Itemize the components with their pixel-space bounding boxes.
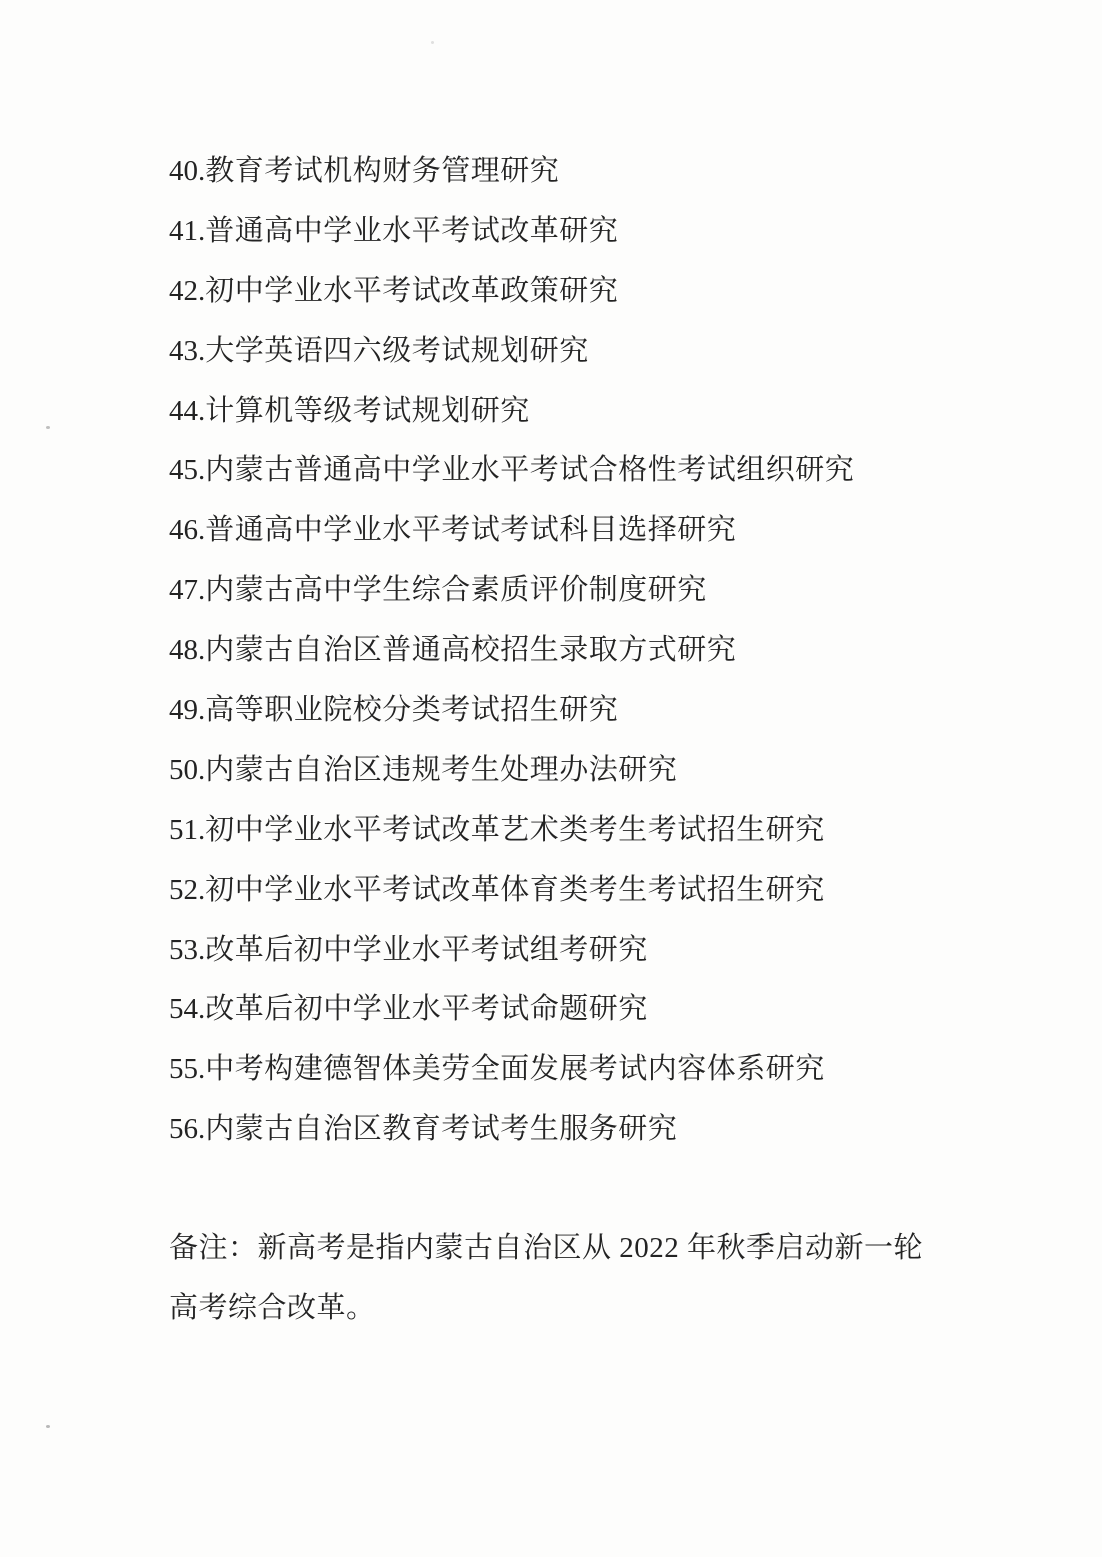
topic-number: 42. (169, 275, 205, 307)
paper-speck (46, 1425, 50, 1428)
list-item: 42.初中学业水平考试改革政策研究 (169, 262, 854, 322)
topic-number: 55. (169, 1053, 205, 1085)
topic-number: 41. (169, 215, 205, 247)
list-item: 50.内蒙古自治区违规考生处理办法研究 (169, 741, 854, 801)
topic-number: 53. (169, 934, 205, 966)
topic-title: 内蒙古自治区违规考生处理办法研究 (205, 754, 677, 786)
topic-title: 中考构建德智体美劳全面发展考试内容体系研究 (205, 1053, 825, 1085)
footnote: 备注：新高考是指内蒙古自治区从 2022 年秋季启动新一轮 高考综合改革。 (169, 1218, 923, 1338)
paper-speck (431, 41, 434, 44)
topic-title: 普通高中学业水平考试考试科目选择研究 (205, 514, 736, 546)
list-item: 44.计算机等级考试规划研究 (169, 382, 854, 442)
paper-speck (46, 426, 50, 429)
footnote-line: 备注：新高考是指内蒙古自治区从 2022 年秋季启动新一轮 (169, 1218, 923, 1278)
topic-title: 初中学业水平考试改革政策研究 (205, 275, 618, 307)
topic-number: 47. (169, 574, 205, 606)
topic-title: 大学英语四六级考试规划研究 (205, 335, 589, 367)
topic-title: 内蒙古自治区普通高校招生录取方式研究 (205, 634, 736, 666)
topic-title: 初中学业水平考试改革艺术类考生考试招生研究 (205, 814, 825, 846)
topic-number: 46. (169, 514, 205, 546)
topic-number: 54. (169, 993, 205, 1025)
topic-number: 40. (169, 155, 205, 187)
topic-title: 计算机等级考试规划研究 (205, 395, 530, 427)
list-item: 53.改革后初中学业水平考试组考研究 (169, 921, 854, 981)
topic-number: 51. (169, 814, 205, 846)
list-item: 55.中考构建德智体美劳全面发展考试内容体系研究 (169, 1040, 854, 1100)
topic-list: 40.教育考试机构财务管理研究 41.普通高中学业水平考试改革研究 42.初中学… (169, 142, 854, 1160)
footnote-line: 高考综合改革。 (169, 1278, 923, 1338)
topic-title: 初中学业水平考试改革体育类考生考试招生研究 (205, 874, 825, 906)
topic-title: 内蒙古自治区教育考试考生服务研究 (205, 1113, 677, 1145)
topic-title: 内蒙古普通高中学业水平考试合格性考试组织研究 (205, 454, 854, 486)
topic-title: 内蒙古高中学生综合素质评价制度研究 (205, 574, 707, 606)
list-item: 45.内蒙古普通高中学业水平考试合格性考试组织研究 (169, 441, 854, 501)
list-item: 43.大学英语四六级考试规划研究 (169, 322, 854, 382)
scanned-document-page: 40.教育考试机构财务管理研究 41.普通高中学业水平考试改革研究 42.初中学… (0, 0, 1102, 1557)
list-item: 49.高等职业院校分类考试招生研究 (169, 681, 854, 741)
topic-title: 高等职业院校分类考试招生研究 (205, 694, 618, 726)
topic-title: 改革后初中学业水平考试命题研究 (205, 993, 648, 1025)
topic-title: 普通高中学业水平考试改革研究 (205, 215, 618, 247)
list-item: 54.改革后初中学业水平考试命题研究 (169, 980, 854, 1040)
topic-number: 45. (169, 454, 205, 486)
list-item: 56.内蒙古自治区教育考试考生服务研究 (169, 1100, 854, 1160)
list-item: 40.教育考试机构财务管理研究 (169, 142, 854, 202)
topic-number: 50. (169, 754, 205, 786)
list-item: 52.初中学业水平考试改革体育类考生考试招生研究 (169, 861, 854, 921)
topic-number: 43. (169, 335, 205, 367)
topic-title: 改革后初中学业水平考试组考研究 (205, 934, 648, 966)
topic-number: 49. (169, 694, 205, 726)
list-item: 46.普通高中学业水平考试考试科目选择研究 (169, 501, 854, 561)
topic-number: 48. (169, 634, 205, 666)
topic-number: 56. (169, 1113, 205, 1145)
list-item: 48.内蒙古自治区普通高校招生录取方式研究 (169, 621, 854, 681)
topic-title: 教育考试机构财务管理研究 (205, 155, 559, 187)
list-item: 51.初中学业水平考试改革艺术类考生考试招生研究 (169, 801, 854, 861)
topic-number: 44. (169, 395, 205, 427)
list-item: 41.普通高中学业水平考试改革研究 (169, 202, 854, 262)
topic-number: 52. (169, 874, 205, 906)
list-item: 47.内蒙古高中学生综合素质评价制度研究 (169, 561, 854, 621)
